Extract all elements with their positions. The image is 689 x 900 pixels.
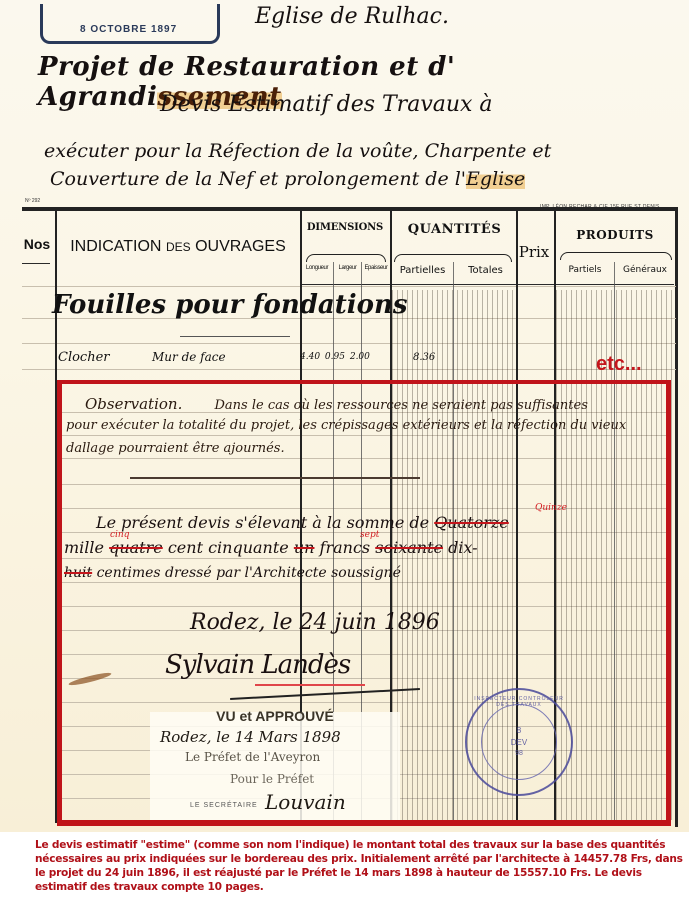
form-number: Nº 292 <box>25 198 40 204</box>
rule-line <box>22 286 676 287</box>
subheader-totales: Totales <box>455 265 516 276</box>
products-brace <box>560 252 672 260</box>
works-description-line-2: Couverture de la Nef et prolongement de … <box>50 168 525 190</box>
subheader-partielles: Partielles <box>392 265 453 276</box>
header-rule <box>22 263 50 264</box>
column-header-dimensions: DIMENSIONS <box>302 222 388 233</box>
dimensions-brace <box>306 254 386 262</box>
indication-ouvrages: OUVRAGES <box>195 238 286 255</box>
row-largeur: 0.95 <box>325 352 345 362</box>
row-dimensions: 4.40 0.95 2.00 <box>300 352 370 362</box>
indication-label: INDICATION <box>70 238 161 255</box>
column-header-prix: Prix <box>517 243 551 261</box>
subheader-partiels: Partiels <box>556 265 614 275</box>
church-name: Eglise de Rulhac. <box>255 4 449 29</box>
indication-des: DES <box>166 240 191 254</box>
row-quantite-partielle: 8.36 <box>413 352 435 363</box>
subheader-epaisseur: Epaisseur <box>362 265 390 271</box>
scanned-document-page: 8 OCTOBRE 1897 Eglise de Rulhac. Projet … <box>0 0 689 832</box>
works-description-line-1: exécuter pour la Réfection de la voûte, … <box>44 140 551 162</box>
column-header-quantites: QUANTITÉS <box>392 222 517 237</box>
ledger-right-edge <box>675 207 678 827</box>
quantities-brace <box>394 254 512 262</box>
works-line-2-text: Couverture de la Nef et prolongement de … <box>50 168 466 190</box>
header-rule <box>302 284 674 285</box>
subheader-largeur: Largeur <box>334 265 361 271</box>
section-heading-fouilles: Fouilles pour fondations <box>52 290 408 320</box>
column-header-indication: INDICATION DES OUVRAGES <box>58 238 298 256</box>
highlight-frame <box>57 380 671 826</box>
etc-label: etc... <box>596 353 642 376</box>
works-line-2-highlight: Eglise <box>466 168 525 190</box>
row-longueur: 4.40 <box>300 352 320 362</box>
row-description: Mur de face <box>152 350 226 364</box>
devis-title: Devis Estimatif des Travaux à <box>160 92 493 117</box>
column-header-number: Nos <box>22 236 52 252</box>
ledger-top-rule <box>22 207 676 211</box>
subheader-longueur: Longueur <box>301 265 333 271</box>
section-underline <box>180 336 290 337</box>
date-stamp: 8 OCTOBRE 1897 <box>80 24 177 35</box>
row-item-clocher: Clocher <box>58 350 110 365</box>
column-header-produits: PRODUITS <box>556 228 674 242</box>
caption-text: Le devis estimatif "estime" (comme son n… <box>35 838 685 894</box>
row-epaisseur: 2.00 <box>350 352 370 362</box>
subheader-generaux: Généraux <box>616 265 674 275</box>
